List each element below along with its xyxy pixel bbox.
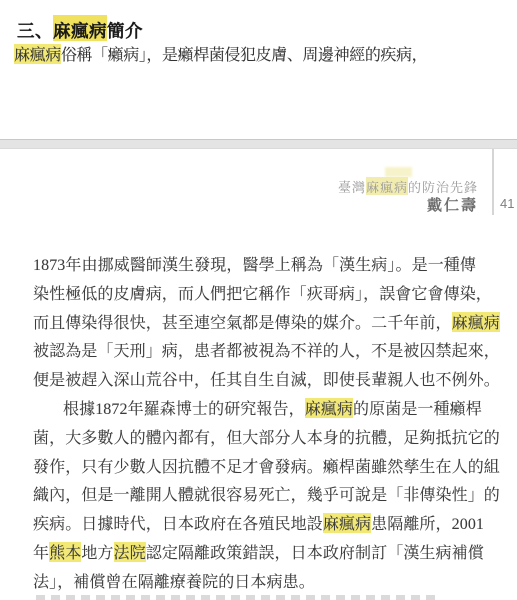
highlighted-term: 麻瘋病: [305, 401, 353, 418]
highlighted-term: 麻瘋病: [14, 47, 61, 64]
text-segment: 便是被趕入深山荒谷中，任其自生自滅，即使長輩親人也不例外。: [33, 372, 500, 389]
clipped-next-line: [36, 595, 436, 600]
text-segment: 疾病。日據時代，日本政府在各殖民地設: [33, 516, 323, 533]
text-segment: 1873年由挪威醫師漢生發現，醫學上稱為「漢生病」。是一種傳: [33, 257, 476, 274]
highlight-smear: [385, 167, 412, 177]
section-title: 三、麻瘋病簡介: [17, 18, 143, 43]
body-text-line: 發作，只有少數人因抗體不足才會發病。癩桿菌雖然孳生在人的組: [33, 454, 493, 483]
body-text-line: 而且傳染得很快，甚至連空氣都是傳染的媒介。二千年前，麻瘋病: [33, 310, 493, 339]
highlighted-term: 熊本: [49, 545, 81, 562]
body-text-line: 染性極低的皮膚病，而人們把它稱作「疢哥病」，誤會它會傳染，: [33, 281, 493, 310]
scan-edge-band: [0, 139, 517, 149]
text-segment: 俗稱「癩病」，是癩桿菌侵犯皮膚、周邊神經的疾病，: [61, 47, 427, 64]
text-segment: 染性極低的皮膚病，而人們把它稱作「疢哥病」，誤會它會傳染，: [33, 286, 492, 303]
text-segment: 簡介: [107, 21, 143, 41]
text-segment: 織內，但是一離開人體就很容易死亡，幾乎可說是「非傳染性」的: [33, 487, 500, 504]
highlighted-term: 麻瘋病: [323, 516, 371, 533]
document-page: 三、麻瘋病簡介 麻瘋病俗稱「癩病」，是癩桿菌侵犯皮膚、周邊神經的疾病， 臺灣麻瘋…: [0, 0, 517, 600]
highlighted-term: 麻瘋病: [53, 21, 107, 41]
text-segment: 法」，補償曾在隔離療養院的日本病患。: [33, 574, 315, 591]
body-text-line: 法」，補償曾在隔離療養院的日本病患。: [33, 569, 493, 598]
page-number: 41: [500, 196, 514, 211]
text-segment: 地方: [81, 545, 113, 562]
text-segment: 發作，只有少數人因抗體不足才會發病。癩桿菌雖然孳生在人的組: [33, 459, 500, 476]
text-segment: 認定隔離政策錯誤，日本政府制訂「漢生病補償: [146, 545, 484, 562]
text-segment: 年: [33, 545, 49, 562]
intro-sentence: 麻瘋病俗稱「癩病」，是癩桿菌侵犯皮膚、周邊神經的疾病，: [14, 42, 427, 65]
text-segment: 根據1872年羅森博士的研究報告，: [63, 401, 305, 418]
text-segment: 三、: [17, 21, 53, 41]
body-text: 1873年由挪威醫師漢生發現，醫學上稱為「漢生病」。是一種傳染性極低的皮膚病，而…: [33, 252, 493, 598]
body-text-line: 1873年由挪威醫師漢生發現，醫學上稱為「漢生病」。是一種傳: [33, 252, 493, 281]
book-author: 戴仁壽: [427, 194, 478, 215]
text-segment: 菌，大多數人的體內都有，但大部分人本身的抗體，足夠抵抗它的: [33, 430, 500, 447]
highlighted-term: 麻瘋病: [452, 315, 500, 332]
body-text-line: 菌，大多數人的體內都有，但大部分人本身的抗體，足夠抵抗它的: [33, 425, 493, 454]
text-segment: 被認為是「天刑」病，患者都被視為不祥的人，不是被囚禁起來，: [33, 343, 500, 360]
body-text-line: 織內，但是一離開人體就很容易死亡，幾乎可說是「非傳染性」的: [33, 482, 493, 511]
highlighted-term: 法院: [114, 545, 146, 562]
body-text-line: 被認為是「天刑」病，患者都被視為不祥的人，不是被囚禁起來，: [33, 338, 493, 367]
text-segment: 患隔離所，2001: [371, 516, 484, 533]
text-segment: 的防治先鋒: [408, 180, 478, 195]
highlighted-term: 麻瘋病: [366, 180, 408, 195]
body-text-line: 年熊本地方法院認定隔離政策錯誤，日本政府制訂「漢生病補償: [33, 540, 493, 569]
text-segment: 而且傳染得很快，甚至連空氣都是傳染的媒介。二千年前，: [33, 315, 452, 332]
body-text-line: 根據1872年羅森博士的研究報告，麻瘋病的原菌是一種癩桿: [33, 396, 493, 425]
text-segment: 臺灣: [338, 180, 366, 195]
body-text-line: 便是被趕入深山荒谷中，任其自生自滅，即使長輩親人也不例外。: [33, 367, 493, 396]
text-segment: 的原菌是一種癩桿: [353, 401, 482, 418]
page-number-divider: [492, 149, 494, 215]
body-text-line: 疾病。日據時代，日本政府在各殖民地設麻瘋病患隔離所，2001: [33, 511, 493, 540]
